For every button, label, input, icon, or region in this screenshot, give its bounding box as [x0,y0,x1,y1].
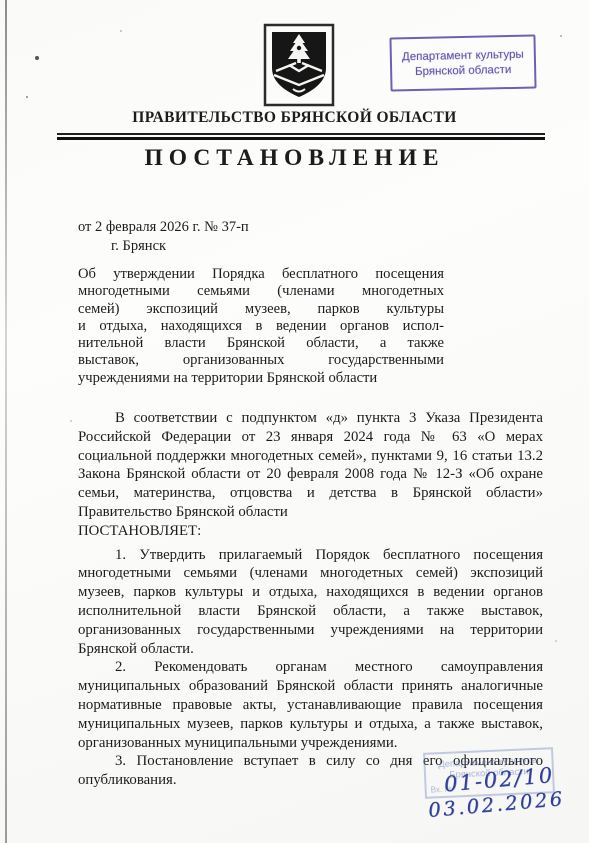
issuing-authority-heading: ПРАВИТЕЛЬСТВО БРЯНСКОЙ ОБЛАСТИ [0,109,589,127]
document-body: В соответствии с подпунктом «д» пункта 3… [78,409,543,790]
date-and-number-line: от 2 февраля 2026 г. № 37-п [78,218,249,237]
decree-item-2: 2. Рекомендовать органам местного самоуп… [78,658,543,752]
city-line: г. Брянск [78,237,249,256]
document-meta: от 2 февраля 2026 г. № 37-п г. Брянск [78,218,249,256]
divider-thin-line [57,133,545,135]
scan-noise-specks [0,0,2,2]
document-title-block: Об утверждении Порядка бесплатного посещ… [78,266,444,387]
divider-thick-line [57,137,545,140]
title-line: семей) экспозиций музеев, парков культур… [78,301,444,318]
intro-paragraph: В соответствии с подпунктом «д» пункта 3… [78,409,543,522]
title-line: многодетными семьями (членами многодетны… [78,283,444,300]
document-type-heading: ПОСТАНОВЛЕНИЕ [0,145,589,172]
title-line: учреждениями на территории Брянской обла… [78,370,444,387]
title-line: и отдыха, находящихся в ведении органов … [78,318,444,335]
stamp-text-line: Брянской области [415,63,512,77]
culture-department-ink-stamp: Департамент культуры Брянской области [389,34,536,91]
title-line: Об утверждении Порядка бесплатного посещ… [78,266,444,283]
title-line: выставок, организованных государственным… [78,352,444,369]
title-line: нительной власти Брянской области, а так… [78,335,444,352]
stamp-text-line: Департамент культуры [402,48,524,63]
header-divider [57,133,545,140]
resolves-line: ПОСТАНОВЛЯЕТ: [78,522,543,541]
bryansk-oblast-coat-of-arms [263,23,335,107]
coat-of-arms-graphic [263,23,335,107]
decree-item-1: 1. Утвердить прилагаемый Порядок бесплат… [78,546,543,659]
scanned-document-page: Департамент культуры Брянской области ПР… [0,0,589,843]
